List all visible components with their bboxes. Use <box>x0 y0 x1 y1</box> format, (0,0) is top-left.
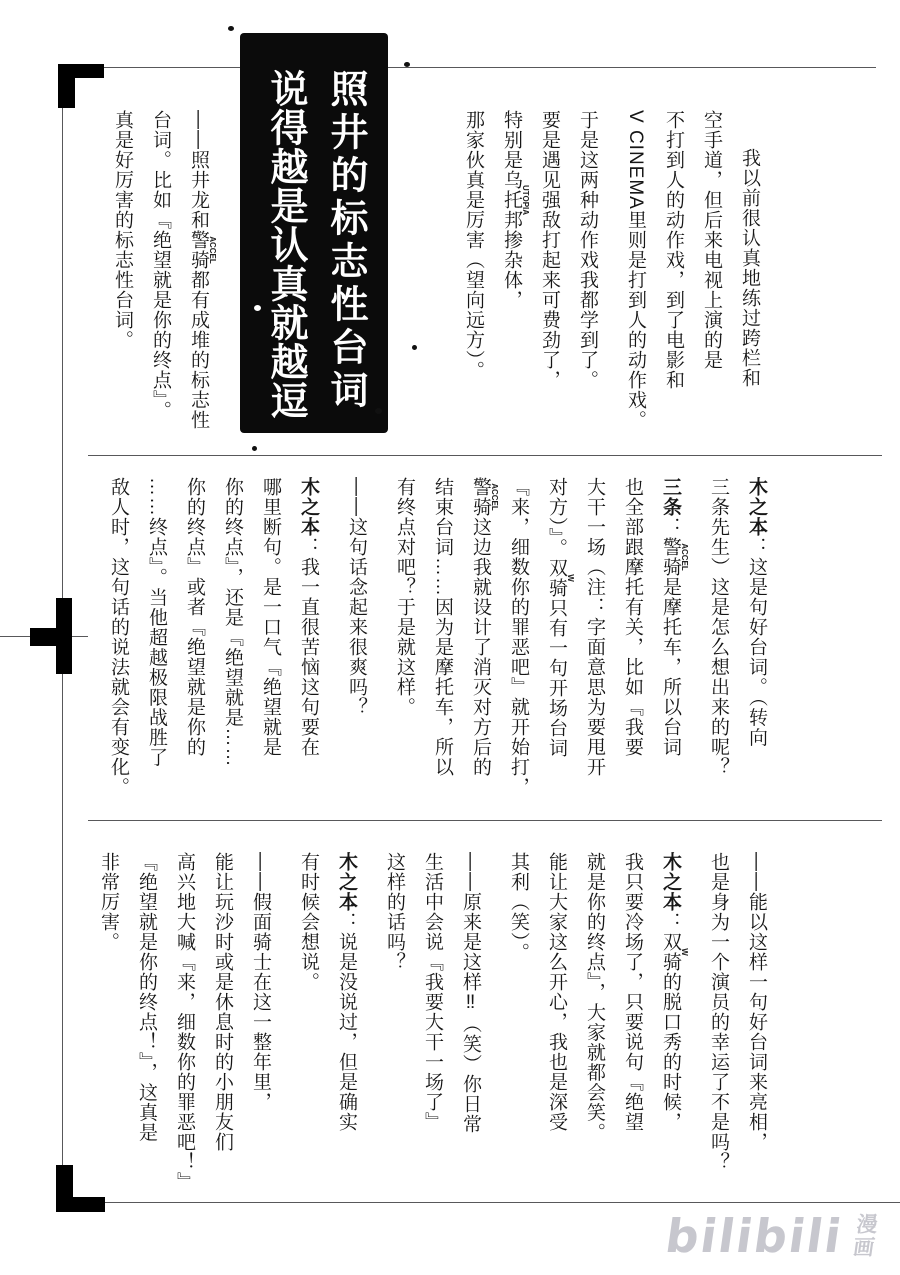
text-line: 三条：警骑ACCEL是摩托车，所以台词 <box>651 477 689 822</box>
text-line: ……终点』。当他超越极限战胜了 <box>137 477 175 822</box>
paragraph: ——假面骑士在这一整年里，能让玩沙时或是休息时的小朋友们高兴地大喊『来，细数你的… <box>89 852 279 1202</box>
paper-speck <box>358 85 362 89</box>
interview-text-bottom: ——能以这样一句好台词来亮相，也是身为一个演员的幸运了不是吗？木之本：双骑W的脱… <box>89 852 775 1202</box>
section-divider-1 <box>88 455 882 456</box>
text-line: 三条先生）这是怎么想出来的呢？ <box>699 477 737 822</box>
paragraph: 木之本：我一直很苦恼这句要在哪里断句。是一口气『绝望就是你的终点』，还是『绝望就… <box>99 477 327 822</box>
text-line: 特别是乌托邦UTOPIA掺杂体， <box>492 110 530 455</box>
ink-speck <box>375 408 382 414</box>
text-line: 于是这两种动作戏我都学到了。 <box>568 110 606 455</box>
text-line: 结束台词……因为是摩托车，所以 <box>423 477 461 822</box>
paragraph: ——能以这样一句好台词来亮相，也是身为一个演员的幸运了不是吗？ <box>699 852 775 1202</box>
text-line: 也全部跟摩托有关，比如『我要 <box>613 477 651 822</box>
ink-speck <box>252 446 257 451</box>
text-line: 有时候会想说。 <box>289 852 327 1202</box>
text-line: 这样的话吗？ <box>375 852 413 1202</box>
text-line: 台词。比如『绝望就是你的终点』。 <box>141 110 179 455</box>
text-line: 能让玩沙时或是休息时的小朋友们 <box>203 852 241 1202</box>
bottom-rule <box>100 1202 900 1203</box>
text-line: 不打到人的动作戏，到了电影和 <box>654 110 692 455</box>
text-line: 也是身为一个演员的幸运了不是吗？ <box>699 852 737 1202</box>
text-line: 真是好厉害的标志性台词。 <box>103 110 141 455</box>
text-line: 有终点对吧？于是就这样。 <box>385 477 423 822</box>
ink-speck <box>404 62 410 67</box>
paragraph: ——原来是这样‼（笑）你日常生活中会说『我要大干一场了』这样的话吗？ <box>375 852 489 1202</box>
text-line: 要是遇见强敌打起来可费劲了， <box>530 110 568 455</box>
text-line: ——原来是这样‼（笑）你日常 <box>451 852 489 1202</box>
text-line: 其利（笑）。 <box>499 852 537 1202</box>
text-line: 你的终点』或者『绝望就是你的 <box>175 477 213 822</box>
paragraph: ——照井龙和警骑ACCEL都有成堆的标志性台词。比如『绝望就是你的终点』。真是好… <box>103 110 217 455</box>
text-line: 能让大家这么开心，我也是深受 <box>537 852 575 1202</box>
paragraph: ——这句话念起来很爽吗？ <box>337 477 375 822</box>
paragraph: 木之本：双骑W的脱口秀的时候，我只要冷场了，只要说句『绝望就是你的终点』，大家就… <box>499 852 689 1202</box>
text-line: 木之本：我一直很苦恼这句要在 <box>289 477 327 822</box>
text-line: ——假面骑士在这一整年里， <box>241 852 279 1202</box>
text-line: ——能以这样一句好台词来亮相， <box>737 852 775 1202</box>
text-line: 我以前很认真地练过跨栏和 <box>730 110 768 455</box>
text-line: 木之本：双骑W的脱口秀的时候， <box>651 852 689 1202</box>
paragraph: 三条：警骑ACCEL是摩托车，所以台词也全部跟摩托有关，比如『我要大干一场（注：… <box>385 477 689 822</box>
manhua-label: 漫画 <box>845 1213 881 1259</box>
text-line: 那家伙真是厉害（望向远方）。 <box>454 110 492 455</box>
text-line: 敌人时，这句话的说法就会有变化。 <box>99 477 137 822</box>
text-line: 你的终点』，还是『绝望就是…… <box>213 477 251 822</box>
interview-text-middle: 木之本：这是句好台词。（转向三条先生）这是怎么想出来的呢？三条：警骑ACCEL是… <box>99 477 775 822</box>
text-line: 我只要冷场了，只要说句『绝望 <box>613 852 651 1202</box>
paragraph: 我以前很认真地练过跨栏和空手道，但后来电视上演的是不打到人的动作戏，到了电影和V… <box>616 110 768 455</box>
text-line: 生活中会说『我要大干一场了』 <box>413 852 451 1202</box>
paper-speck <box>254 305 261 311</box>
text-line: 木之本：这是句好台词。（转向 <box>737 477 775 822</box>
crop-mark-top-left-arm <box>58 64 75 108</box>
paragraph: 木之本：这是句好台词。（转向三条先生）这是怎么想出来的呢？ <box>699 477 775 822</box>
text-line: 就是你的终点』，大家就都会笑。 <box>575 852 613 1202</box>
text-line: ——这句话念起来很爽吗？ <box>337 477 375 822</box>
bilibili-watermark: bilibili 漫画 <box>662 1209 882 1263</box>
text-line: 大干一场（注：字面意思为要甩开 <box>575 477 613 822</box>
bilibili-logo-text: bilibili <box>662 1209 846 1263</box>
text-line: 『绝望就是你的终点！』，这真是 <box>127 852 165 1202</box>
text-line: 木之本：说是没说过，但是确实 <box>327 852 365 1202</box>
text-line: 非常厉害。 <box>89 852 127 1202</box>
text-line: 对方）』。双骑W只有一句开场台词 <box>537 477 575 822</box>
interview-text-top-left: ——照井龙和警骑ACCEL都有成堆的标志性台词。比如『绝望就是你的终点』。真是好… <box>103 110 217 455</box>
top-rule <box>96 67 876 68</box>
ink-speck <box>412 345 417 350</box>
ink-speck <box>228 26 234 31</box>
interview-text-top-right: 我以前很认真地练过跨栏和空手道，但后来电视上演的是不打到人的动作戏，到了电影和V… <box>454 110 768 455</box>
headline-line-1: 照井的标志性台词 <box>316 69 376 433</box>
text-line: 哪里断句。是一口气『绝望就是 <box>251 477 289 822</box>
paragraph: 于是这两种动作戏我都学到了。要是遇见强敌打起来可费劲了，特别是乌托邦UTOPIA… <box>454 110 606 455</box>
headline-block: 照井的标志性台词 说得越是认真就越逗 <box>240 33 388 433</box>
magazine-page: 照井的标志性台词 说得越是认真就越逗 我以前很认真地练过跨栏和空手道，但后来电视… <box>0 0 900 1275</box>
text-line: 『来，细数你的罪恶吧』就开始打， <box>499 477 537 822</box>
text-line: V CINEMA里则是打到人的动作戏。 <box>616 110 654 455</box>
headline-line-2: 说得越是认真就越逗 <box>256 69 316 433</box>
crop-mark-center-left-arm <box>30 628 62 646</box>
text-line: 高兴地大喊『来，细数你的罪恶吧！』 <box>165 852 203 1202</box>
text-line: 警骑ACCEL这边我就设计了消灭对方后的 <box>461 477 499 822</box>
paragraph: 木之本：说是没说过，但是确实有时候会想说。 <box>289 852 365 1202</box>
text-line: 空手道，但后来电视上演的是 <box>692 110 730 455</box>
text-line: ——照井龙和警骑ACCEL都有成堆的标志性 <box>179 110 217 455</box>
